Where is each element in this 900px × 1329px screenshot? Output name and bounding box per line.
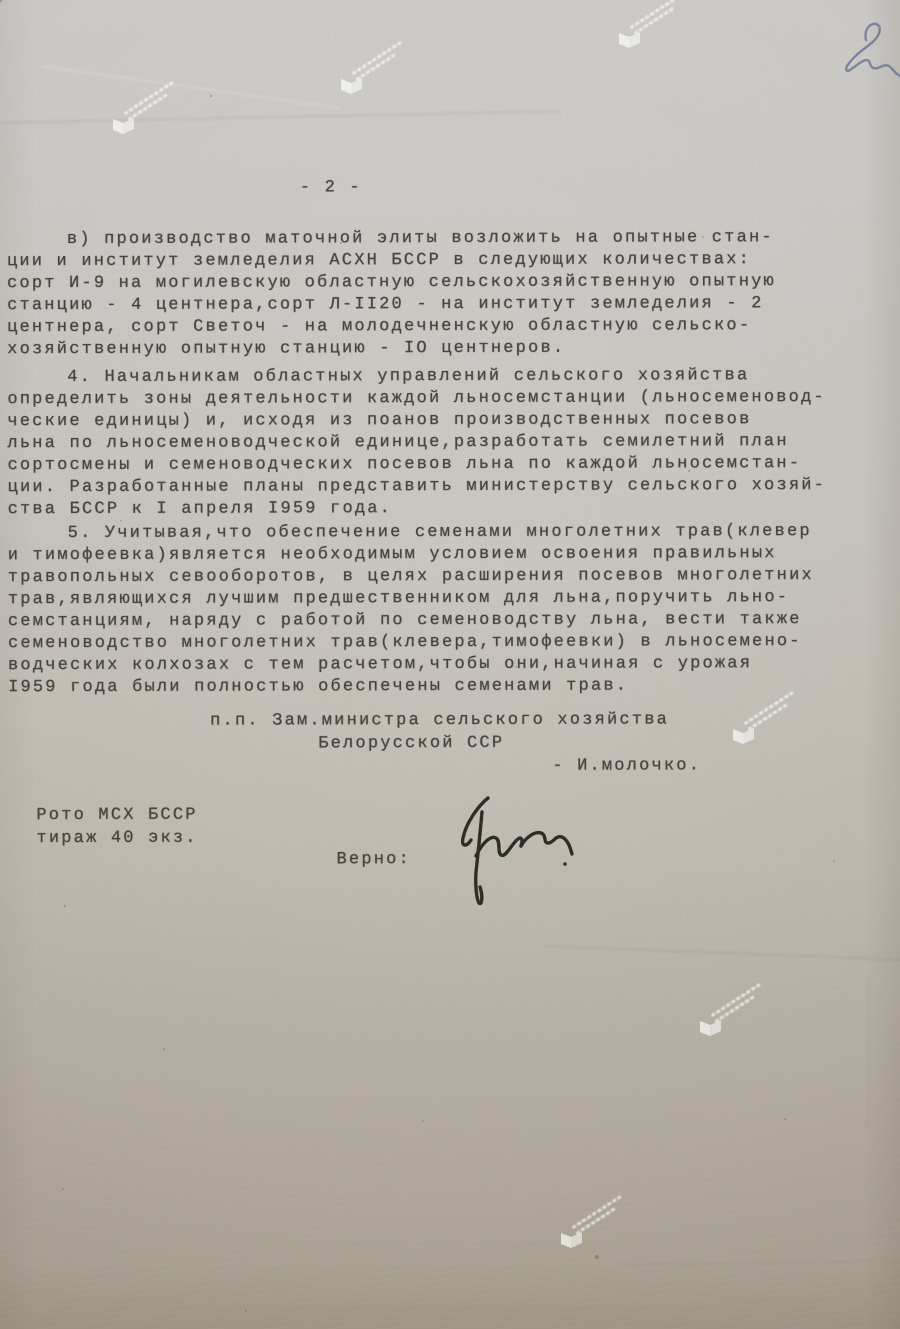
- typewritten-text-layer: - 2 - в) производство маточной элиты воз…: [0, 0, 900, 1329]
- paragraph-point-5: 5. Учитывая,что обеспечение семенами мно…: [8, 521, 815, 699]
- text-line: сорт И-9 на могилевскую областную сельск…: [7, 271, 776, 295]
- text-line: ческие единицы) и, исходя из поанов прои…: [7, 409, 826, 433]
- text-line: сортосмены и семеноводческих посевов льн…: [7, 453, 826, 477]
- text-line: хозяйственную опытную станцию - IО центн…: [7, 337, 776, 361]
- text-line: определить зоны деятельности каждой льно…: [7, 387, 826, 411]
- signatory-title-line2: Белорусской ССР: [318, 733, 504, 755]
- text-line: 4. Начальникам областных управлений сель…: [7, 365, 826, 389]
- text-line: семстанциям, наряду с работой по семенов…: [8, 609, 814, 633]
- text-line: льна по льносеменоводческой единице,разр…: [7, 431, 826, 455]
- paragraph-point-4: 4. Начальникам областных управлений сель…: [7, 365, 826, 521]
- text-line: и тимофеевка)является необходимым услови…: [8, 543, 814, 567]
- text-line: 5. Учитывая,что обеспечение семенами мно…: [8, 521, 814, 545]
- text-line: семеноводство многолетних трав(клевера,т…: [8, 631, 814, 655]
- tirage-line: тираж 40 экз.: [36, 828, 197, 850]
- text-line: в) производство маточной элиты возложить…: [7, 227, 776, 251]
- paragraph-point-v: в) производство маточной элиты возложить…: [7, 227, 776, 361]
- certification-signature: [452, 790, 587, 910]
- text-line: I959 года были полностью обеспечены семе…: [8, 675, 814, 699]
- text-line: ства БССР к I апреля I959 года.: [8, 497, 827, 521]
- roto-line: Рото МСХ БССР: [36, 805, 197, 827]
- text-line: водческих колхозах с тем расчетом,чтобы …: [8, 653, 814, 677]
- scanned-document-page: - 2 - в) производство маточной элиты воз…: [0, 0, 900, 1329]
- signatory-title-line: п.п. Зам.министра сельского хозяйства: [210, 709, 669, 732]
- certified-label: Верно:: [336, 849, 410, 871]
- page-number: - 2 -: [300, 177, 362, 199]
- text-line: трав,являющихся лучшим предшественником …: [8, 587, 814, 611]
- text-line: станцию - 4 центнера,сорт Л-II20 - на ин…: [7, 293, 776, 317]
- text-line: ции. Разработанные планы представить мин…: [8, 475, 827, 499]
- text-line: травопольных севооборотов, в целях расши…: [8, 565, 814, 589]
- text-line: ции и институт земледелия АСХН БССР в сл…: [7, 249, 776, 273]
- text-line: центнера, сорт Светоч - на молодечненску…: [7, 315, 776, 339]
- signatory-name: - И.молочко.: [552, 755, 701, 777]
